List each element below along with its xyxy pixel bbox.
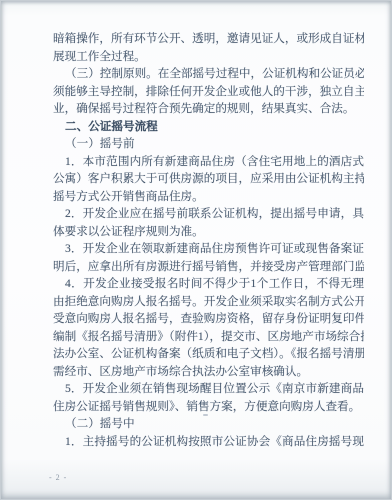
- text-line: 业，确保摇号过程符合预先确定的规则，结果真实、合法。: [53, 100, 364, 118]
- text-line: 1．本市范围内所有新建商品住房（含住宅用地上的酒店式: [53, 153, 364, 171]
- text-line: 需经市、区房地产市场综合执法办公室审核确认。: [53, 363, 364, 381]
- text-line: 编制《报名摇号清册》（附件1），提交市、区房地产市场综合执: [53, 328, 364, 346]
- text-line: （一）摇号前: [53, 135, 364, 153]
- text-line: 公寓）客户积累大于可供房源的项目，应采用由公证机构主持的: [53, 170, 364, 188]
- section-heading: 二、公证摇号流程: [53, 118, 364, 136]
- text-line: 展现工作全过程。: [53, 48, 364, 66]
- text-line: 由拒绝意向购房人报名摇号。开发企业须采取实名制方式公开接: [53, 293, 364, 311]
- text-line: 4．开发企业接受报名时间不得少于1个工作日，不得无理: [53, 275, 364, 293]
- scan-artifact-mark: [203, 414, 208, 416]
- text-line: 暗箱操作，所有环节公开、透明，邀请见证人，或形成自证材料，: [53, 30, 364, 48]
- text-line: 体要求以公证程序规则为准。: [53, 223, 364, 241]
- document-body: 暗箱操作，所有环节公开、透明，邀请见证人，或形成自证材料，展现工作全过程。（三）…: [53, 30, 364, 450]
- text-line: 法办公室、公证机构备案（纸质和电子文档）。《报名摇号清册》: [53, 345, 364, 363]
- text-line: 受意向购房人报名摇号，查验购房资格，留存身份证明复印件，: [53, 310, 364, 328]
- page-number: - 2 -: [49, 473, 67, 483]
- text-line: （三）控制原则。在全部摇号过程中，公证机构和公证员必: [53, 65, 364, 83]
- text-line: 明后，应拿出所有房源进行摇号销售，并接受房产管理部门监督。: [53, 258, 364, 276]
- text-line: 须能够主导控制，排除任何开发企业或他人的干涉，独立自主执: [53, 83, 364, 101]
- scanned-document-page: 暗箱操作，所有环节公开、透明，邀请见证人，或形成自证材料，展现工作全过程。（三）…: [0, 0, 392, 500]
- text-line: 住房公证摇号销售规则》、销售方案，方便意向购房人查看。: [53, 398, 364, 416]
- text-line: 2．开发企业应在摇号前联系公证机构，提出摇号申请，具: [53, 205, 364, 223]
- text-line: （二）摇号中: [53, 415, 364, 433]
- text-line: 5．开发企业须在销售现场醒目位置公示《南京市新建商品: [53, 380, 364, 398]
- text-line: 3．开发企业在领取新建商品住房预售许可证或现售备案证: [53, 240, 364, 258]
- text-line: 1．主持摇号的公证机构按照市公证协会《商品住房摇号现: [53, 433, 364, 451]
- text-line: 摇号方式公开销售商品住房。: [53, 188, 364, 206]
